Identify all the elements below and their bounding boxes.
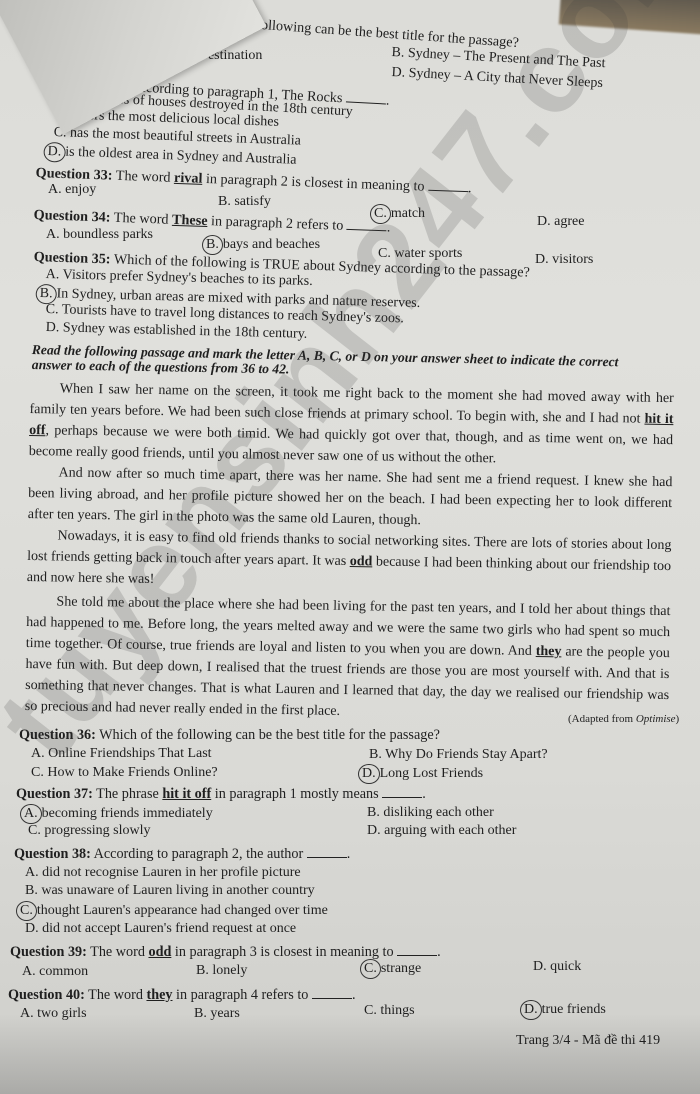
keyword: they bbox=[146, 987, 172, 1003]
keyword: odd bbox=[148, 944, 171, 960]
answer-circle: C. bbox=[360, 959, 381, 979]
q40-option-b[interactable]: B. years bbox=[194, 1005, 240, 1023]
q34-option-d[interactable]: D. visitors bbox=[535, 251, 593, 269]
q38-option-d[interactable]: D. did not accept Lauren's friend reques… bbox=[25, 920, 296, 938]
question-38: Question 38: According to paragraph 2, t… bbox=[14, 845, 350, 863]
q40-option-d[interactable]: D.true friends bbox=[524, 1000, 606, 1020]
passage-source: (Adapted from Optimise) bbox=[568, 710, 679, 728]
q39-option-c[interactable]: C.strange bbox=[364, 959, 421, 979]
keyword: hit it off bbox=[162, 786, 211, 802]
q39-option-b[interactable]: B. lonely bbox=[196, 962, 247, 980]
q37-option-a[interactable]: A.becoming friends immediately bbox=[24, 804, 213, 824]
q39-option-d[interactable]: D. quick bbox=[533, 958, 581, 976]
q38-option-a[interactable]: A. did not recognise Lauren in her profi… bbox=[25, 864, 301, 882]
q40-option-a[interactable]: A. two girls bbox=[20, 1005, 87, 1023]
answer-circle: D. bbox=[358, 764, 380, 784]
q34-option-a[interactable]: A. boundless parks bbox=[46, 226, 153, 244]
question-37: Question 37: The phrase hit it off in pa… bbox=[16, 785, 426, 803]
q33-option-a[interactable]: A. enjoy bbox=[48, 181, 96, 199]
q37-option-c[interactable]: C. progressing slowly bbox=[28, 822, 151, 840]
keyword: rival bbox=[174, 170, 203, 187]
question-40: Question 40: The word they in paragraph … bbox=[8, 986, 355, 1004]
q38-option-b[interactable]: B. was unaware of Lauren living in anoth… bbox=[25, 882, 315, 900]
keyword-they: they bbox=[536, 644, 562, 659]
q34-option-b[interactable]: B.bays and beaches bbox=[206, 235, 320, 255]
answer-circle: D. bbox=[520, 1000, 542, 1020]
page-footer: Trang 3/4 - Mã đề thi 419 bbox=[516, 1032, 660, 1050]
answer-circle: A. bbox=[20, 804, 42, 824]
answer-circle: C. bbox=[16, 901, 37, 921]
q37-option-d[interactable]: D. arguing with each other bbox=[367, 822, 516, 840]
answer-circle: D. bbox=[43, 142, 65, 163]
q37-option-b[interactable]: B. disliking each other bbox=[367, 804, 494, 822]
q40-option-c[interactable]: C. things bbox=[364, 1002, 415, 1020]
keyword-odd: odd bbox=[350, 554, 373, 569]
q38-option-c[interactable]: C.thought Lauren's appearance had change… bbox=[20, 901, 328, 921]
exam-page: Question 31: Which of the following can … bbox=[0, 0, 700, 1094]
keyword: These bbox=[172, 212, 208, 229]
q36-option-d[interactable]: D.Long Lost Friends bbox=[362, 764, 483, 784]
q39-option-a[interactable]: A. common bbox=[22, 963, 88, 981]
q33-option-b[interactable]: B. satisfy bbox=[218, 193, 271, 211]
q33-option-d[interactable]: D. agree bbox=[537, 213, 584, 231]
answer-circle: B. bbox=[202, 235, 223, 255]
q36-option-b[interactable]: B. Why Do Friends Stay Apart? bbox=[369, 746, 548, 764]
